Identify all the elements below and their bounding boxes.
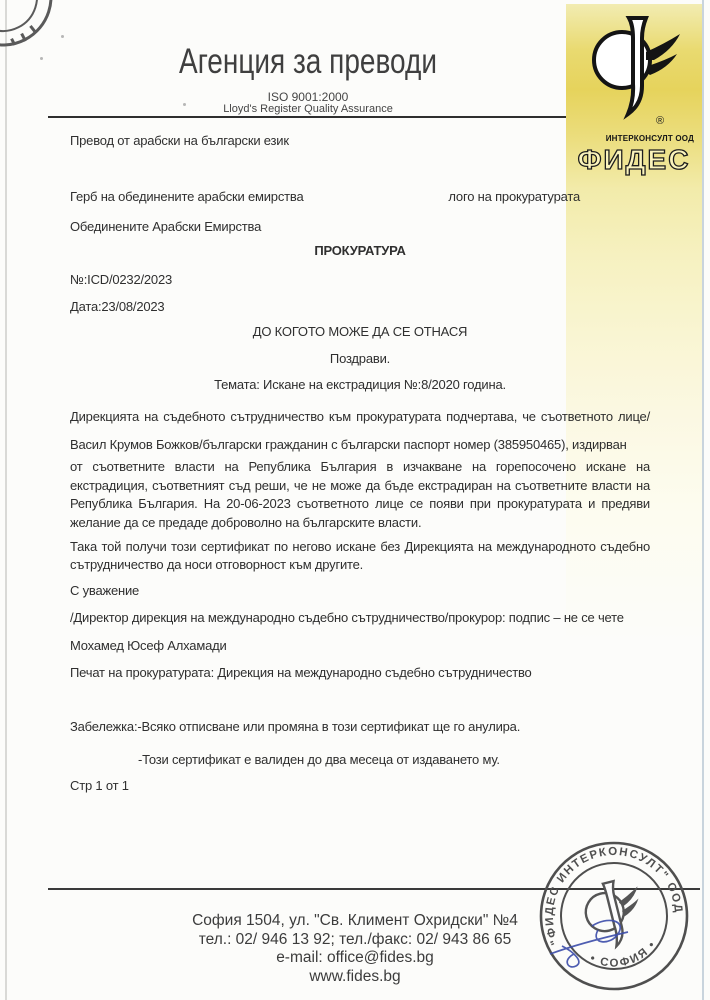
company-stamp: "ФИДЕС ИНТЕРКОНСУЛТ" ООД • СОФИЯ • [532, 834, 704, 1000]
page-number: Стр 1 от 1 [70, 778, 650, 793]
scan-edge-left [5, 0, 7, 1000]
header-rule [48, 116, 566, 118]
subject-line: Темата: Искане на екстрадиция №:8/2020 г… [70, 377, 650, 392]
regards-line: С уважение [70, 583, 650, 598]
note-1: Забележка:-Всяко отписване или промяна в… [70, 719, 650, 734]
registered-mark: ® [656, 115, 664, 127]
scan-speck [40, 57, 43, 60]
scan-speck [61, 35, 64, 38]
country-line: Обединените Арабски Емирства [70, 219, 650, 234]
date-line: Дата:23/08/2023 [70, 299, 650, 314]
iso-certification: ISO 9001:2000 [48, 90, 568, 104]
fides-emblem-icon: ® [582, 12, 686, 132]
stamp-emblem-icon [580, 876, 651, 952]
stamp-ring-text-bottom: • СОФИЯ • [586, 936, 663, 976]
svg-text:• СОФИЯ •: • СОФИЯ • [586, 936, 663, 976]
corner-stamp-fragment-icon [0, 0, 58, 52]
reference-number: №:ICD/0232/2023 [70, 272, 650, 287]
emblem-right-label: лого на прокуратурата [448, 189, 650, 204]
paragraph-2: от съответните власти на Република Бълга… [70, 458, 650, 532]
emblem-row: Герб на обединените арабски емирства лог… [70, 189, 650, 204]
greeting-line: Поздрави. [70, 351, 650, 366]
paragraph-3: Така той получи този сертификат по негов… [70, 538, 650, 574]
note-2: -Този сертификат е валиден до два месеца… [70, 752, 650, 767]
fides-logo: ® ИНТЕРКОНСУЛТ ООД ФИДЕС [566, 4, 702, 180]
agency-title: Агенция за преводи [100, 42, 516, 82]
to-whom-line: ДО КОГОТО МОЖЕ ДА СЕ ОТНАСЯ [70, 324, 650, 339]
scanned-document-page: Агенция за преводи ISO 9001:2000 Lloyd's… [0, 0, 710, 1000]
signer-name: Мохамед Юсеф Алхамади [70, 638, 650, 653]
emblem-left-label: Герб на обединените арабски емирства [70, 189, 303, 204]
paragraph-1: Дирекцията на съдебното сътрудничество к… [70, 403, 650, 459]
stamp-note: Печат на прокуратурата: Дирекция на межд… [70, 665, 650, 680]
translation-note: Превод от арабски на български език [70, 133, 650, 148]
org-title: ПРОКУРАТУРА [70, 243, 650, 258]
fides-wordmark-text: ФИДЕС [578, 144, 691, 175]
signature-line: /Директор дирекция на международно съдеб… [70, 610, 650, 625]
fides-wordmark: ФИДЕС [566, 142, 702, 178]
quality-assurance: Lloyd's Register Quality Assurance [48, 103, 568, 115]
